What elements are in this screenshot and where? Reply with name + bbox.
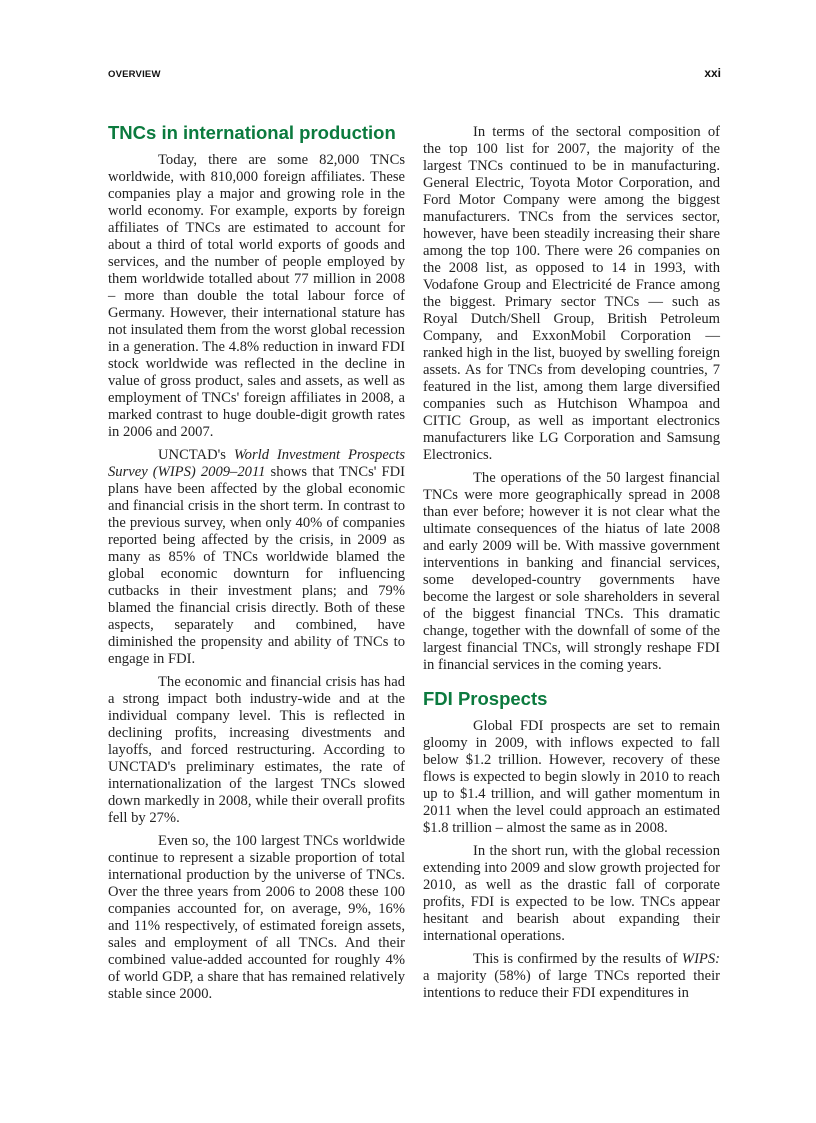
paragraph: This is confirmed by the results of WIPS… xyxy=(423,951,720,1002)
left-column: TNCs in international production Today, … xyxy=(108,122,405,1009)
paragraph-body: a majority (58%) of large TNCs reported … xyxy=(423,968,720,1001)
section-heading-tncs: TNCs in international production xyxy=(108,122,405,144)
paragraph: In terms of the sectoral composition of … xyxy=(423,124,720,464)
paragraph: UNCTAD's World Investment Prospects Surv… xyxy=(108,447,405,668)
paragraph: Even so, the 100 largest TNCs worldwide … xyxy=(108,833,405,1003)
paragraph: The economic and financial crisis has ha… xyxy=(108,674,405,827)
paragraph: Global FDI prospects are set to remain g… xyxy=(423,718,720,837)
paragraph: Today, there are some 82,000 TNCs worldw… xyxy=(108,152,405,441)
running-head-section: OVERVIEW xyxy=(108,69,161,80)
running-head: OVERVIEW xxi xyxy=(108,66,721,80)
right-column: In terms of the sectoral composition of … xyxy=(423,124,720,1008)
paragraph: In the short run, with the global recess… xyxy=(423,843,720,945)
page-number: xxi xyxy=(704,66,721,80)
section-heading-fdi-prospects: FDI Prospects xyxy=(423,688,720,710)
paragraph-lead: This is confirmed by the results of xyxy=(473,951,682,967)
paragraph-lead: UNCTAD's xyxy=(158,447,234,463)
paragraph: The operations of the 50 largest financi… xyxy=(423,470,720,674)
wips-reference: WIPS: xyxy=(682,951,720,967)
paragraph-body: shows that TNCs' FDI plans have been aff… xyxy=(108,464,405,667)
